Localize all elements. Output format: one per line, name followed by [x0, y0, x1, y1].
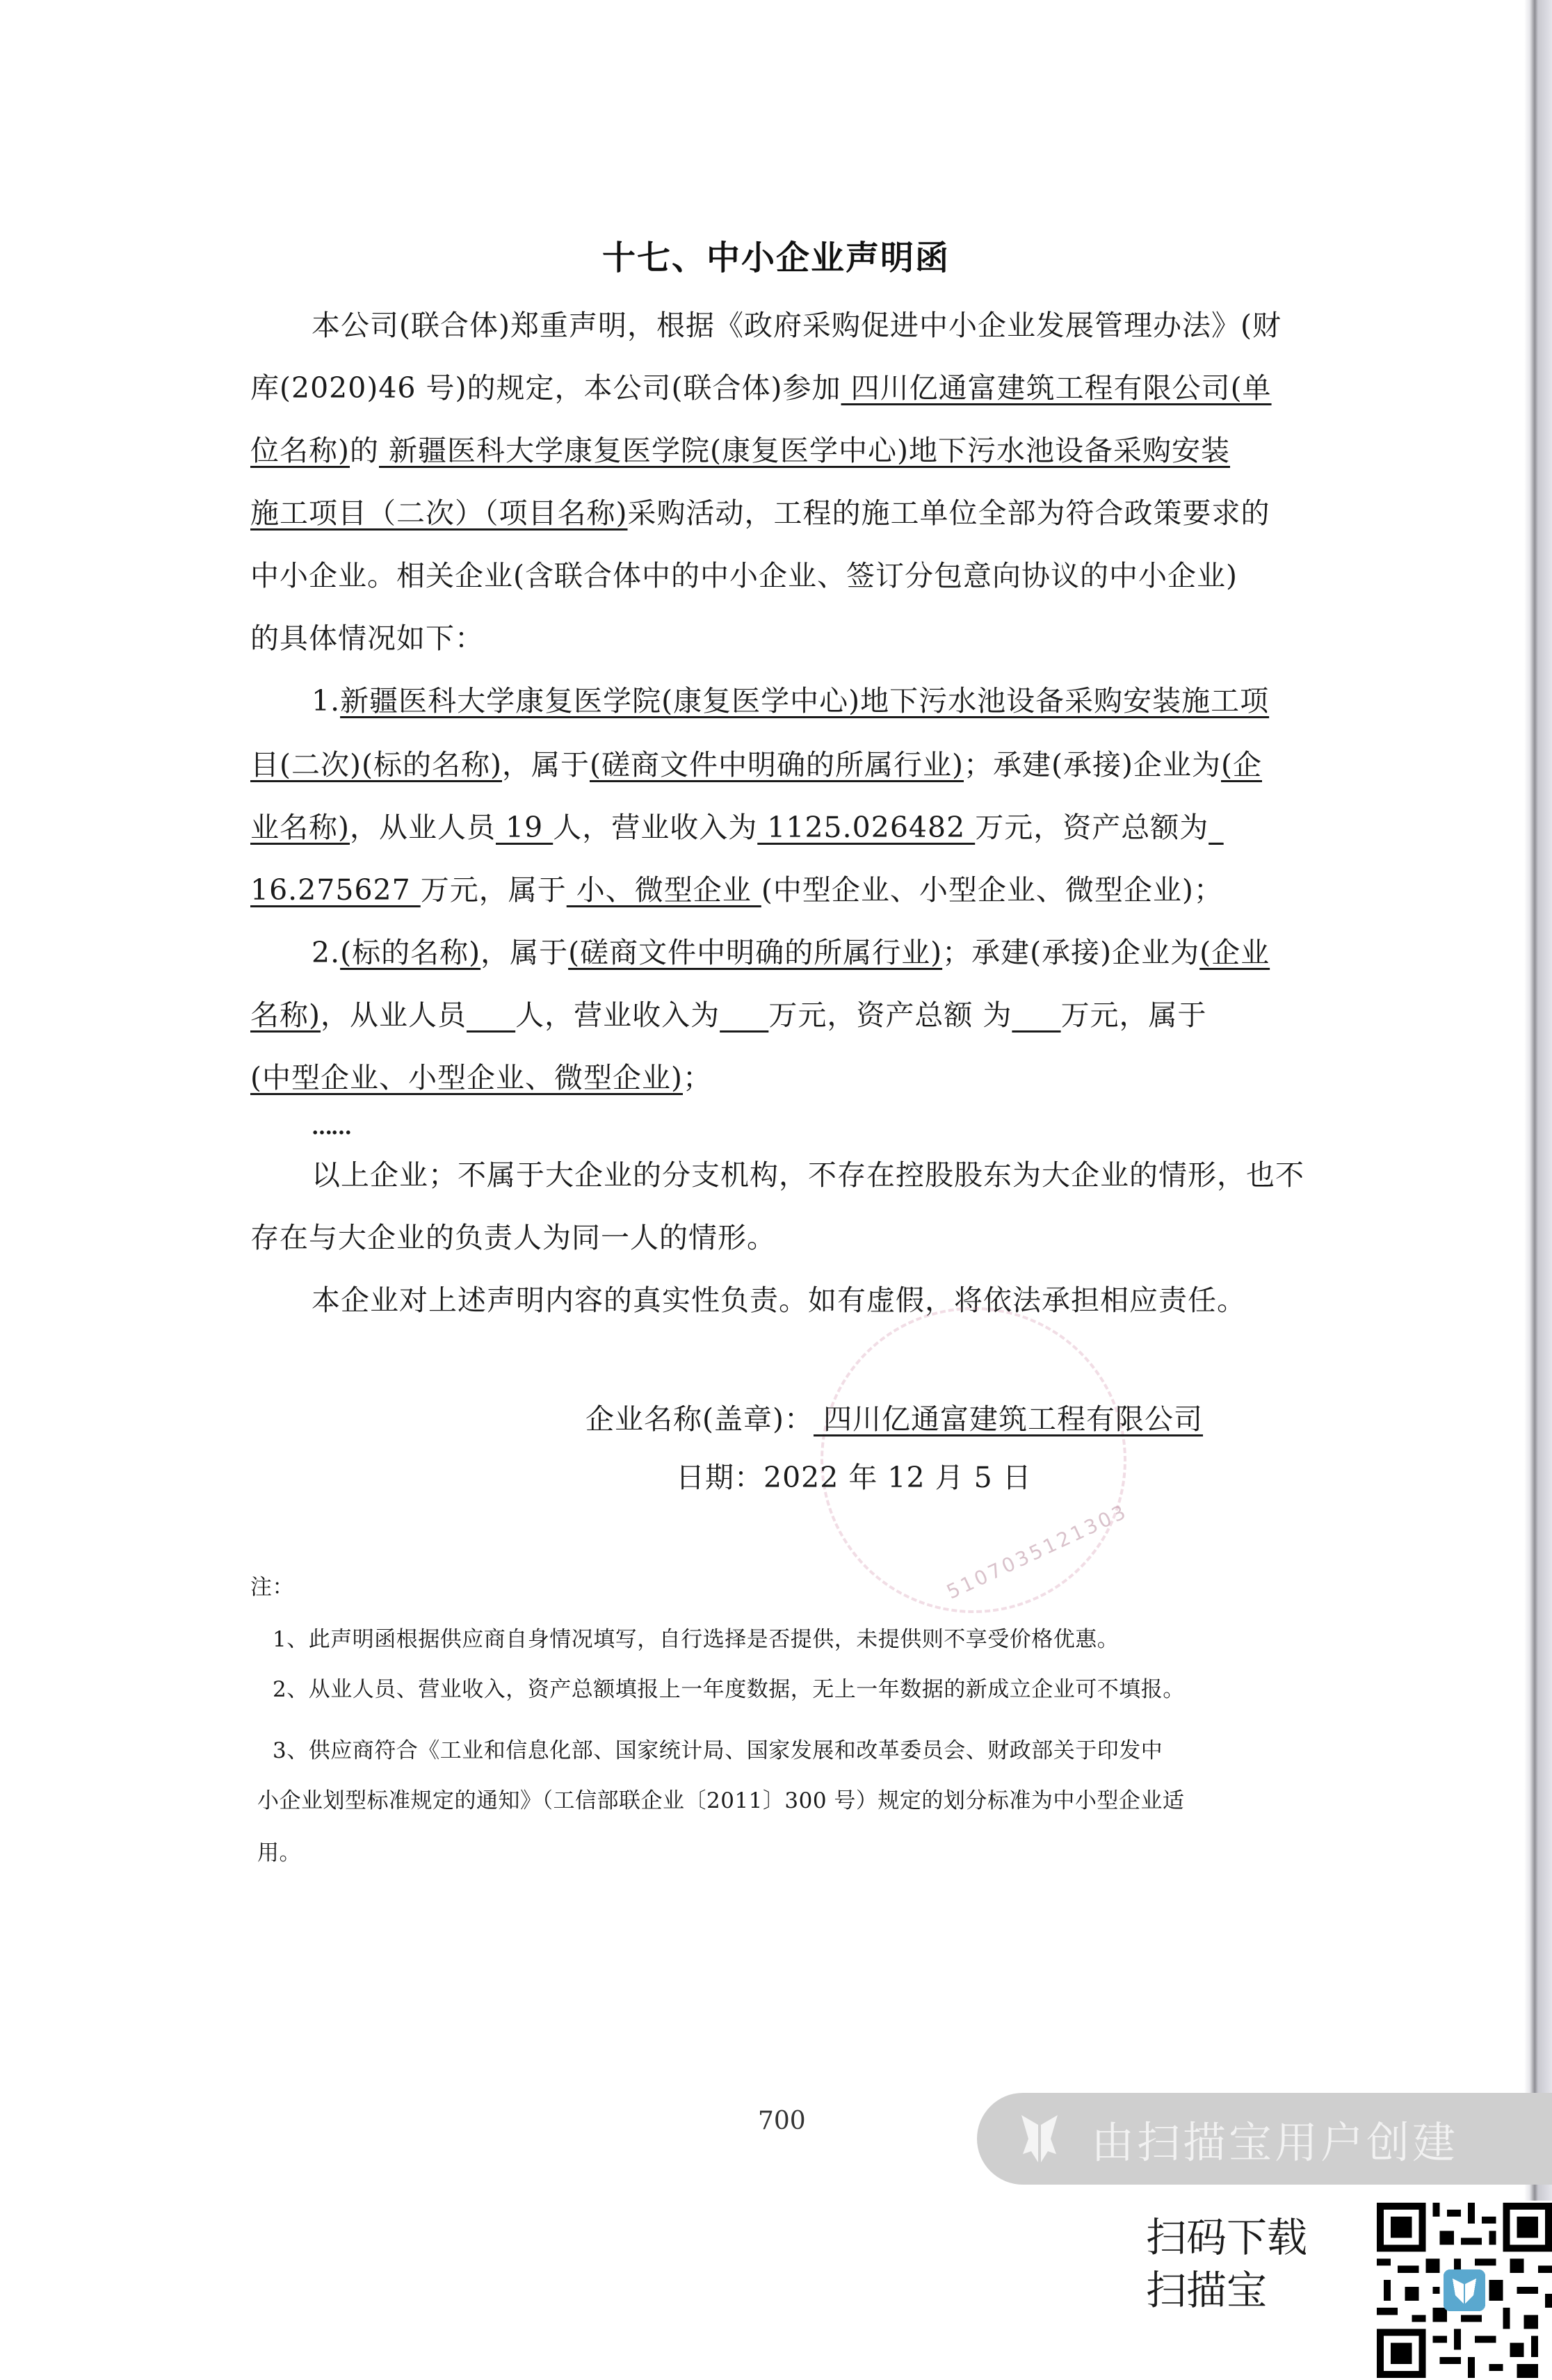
app-watermark-banner: 由扫描宝用户创建 — [977, 2093, 1552, 2185]
assets-field-start: _ — [1209, 811, 1224, 844]
notes-heading: 注： — [250, 1570, 1363, 1605]
text: 万元，资产总额 为 — [768, 998, 1012, 1032]
intro-line-6: 的具体情况如下： — [250, 617, 1335, 659]
text: 人，营业收入为 — [515, 998, 720, 1032]
text: ； — [683, 1061, 712, 1094]
text: ，属于 — [502, 748, 590, 782]
text: 存在与大企业的负责人为同一人的情形。 — [250, 1221, 776, 1254]
intro-line-4: 施工项目（二次）（项目名称)采购活动，工程的施工单位全部为符合政策要求的 — [250, 492, 1335, 534]
company-name-value: 四川亿通富建筑工程有限公司 — [814, 1402, 1203, 1436]
intro-line-1: 本公司(联合体)郑重声明，根据《政府采购促进中小企业发展管理办法》(财 — [250, 305, 1396, 346]
company-label: 企业名称(盖章)： — [585, 1402, 814, 1436]
date-line: 日期：2022 年 12 月 5 日 — [676, 1455, 1032, 1496]
text: 的具体情况如下： — [250, 622, 484, 655]
page-title: 十七、中小企业声明函 — [0, 231, 1552, 279]
page-number: 700 — [758, 2107, 806, 2135]
intro-line-2: 库(2020)46 号)的规定，本公司(联合体)参加 四川亿通富建筑工程有限公司… — [250, 367, 1335, 409]
note-3-line-3: 用。 — [257, 1836, 1370, 1870]
download-prompt: 扫码下载 扫描宝 — [1146, 2211, 1307, 2317]
item1-line-1: 1.新疆医科大学康复医学院(康复医学中心)地下污水池设备采购安装施工项 — [250, 680, 1396, 722]
project-name-field-cont: 施工项目（二次）（项目名称) — [250, 496, 628, 530]
item1-line-2: 目(二次)(标的名称)，属于(磋商文件中明确的所属行业)；承建(承接)企业为(企 — [250, 744, 1335, 786]
text: 本公司(联合体)郑重声明，根据《政府采购促进中小企业发展管理办法》(财 — [312, 309, 1282, 342]
text: 人，营业收入为 — [553, 811, 757, 844]
text: ，从业人员 — [321, 998, 467, 1032]
company-name-field: 四川亿通富建筑工程有限公司(单 — [841, 371, 1272, 405]
category-field: 小、微型企业 — [567, 873, 761, 907]
download-line-2: 扫描宝 — [1146, 2264, 1307, 2317]
item2-line-3: (中型企业、小型企业、微型企业)； — [250, 1057, 1335, 1099]
closing-line-1: 以上企业；不属于大企业的分支机构，不存在控股股东为大企业的情形，也不 — [250, 1154, 1396, 1196]
assets-blank — [1012, 998, 1060, 1032]
revenue-blank — [720, 998, 768, 1032]
subject-name-field: (标的名称) — [340, 936, 480, 969]
watermark-text: 由扫描宝用户创建 — [1091, 2108, 1458, 2170]
intro-line-5: 中小企业。相关企业(含联合体中的中小企业、签订分包意向协议的中小企业) — [250, 555, 1335, 597]
closing-line-3: 本企业对上述声明内容的真实性负责。如有虚假，将依法承担相应责任。 — [250, 1279, 1396, 1321]
note-3-line-1: 3、供应商符合《工业和信息化部、国家统计局、国家发展和改革委员会、财政部关于印发… — [273, 1733, 1385, 1768]
scan-page-edge — [1524, 0, 1552, 2380]
ellipsis: …… — [250, 1107, 1396, 1149]
text: 万元，资产总额为 — [975, 811, 1209, 844]
subject-name-field: 新疆医科大学康复医学院(康复医学中心)地下污水池设备采购安装施工项 — [340, 684, 1269, 718]
intro-line-3: 位名称)的 新疆医科大学康复医学院(康复医学中心)地下污水池设备采购安装 — [250, 430, 1335, 471]
note-2: 2、从业人员、营业收入，资产总额填报上一年度数据，无上一年数据的新成立企业可不填… — [273, 1672, 1385, 1707]
closing-line-2: 存在与大企业的负责人为同一人的情形。 — [250, 1217, 1335, 1258]
text: 以上企业；不属于大企业的分支机构，不存在控股股东为大企业的情形，也不 — [312, 1158, 1304, 1192]
text: 库(2020)46 号)的规定，本公司(联合体)参加 — [250, 371, 841, 405]
text: ，属于 — [480, 936, 568, 969]
text: 本企业对上述声明内容的真实性负责。如有虚假，将依法承担相应责任。 — [312, 1284, 1246, 1317]
employees-blank — [467, 998, 515, 1032]
enterprise-name-field: (企业 — [1199, 936, 1270, 969]
item2-line-2: 名称)，从业人员 人，营业收入为 万元，资产总额 为 万元，属于 — [250, 994, 1335, 1036]
text: 万元，属于 — [421, 873, 567, 907]
item-number: 2. — [312, 936, 340, 969]
item1-line-3: 业名称)，从业人员 19 人，营业收入为 1125.026482 万元，资产总额… — [250, 807, 1335, 848]
text: (中型企业、小型企业、微型企业)； — [761, 873, 1223, 907]
industry-field: (磋商文件中明确的所属行业) — [590, 748, 964, 782]
text: ；承建(承接)企业为 — [942, 936, 1199, 969]
enterprise-name-field-cont: 名称) — [250, 998, 321, 1032]
item2-line-1: 2.(标的名称)，属于(磋商文件中明确的所属行业)；承建(承接)企业为(企业 — [250, 932, 1396, 973]
signature-line: 企业名称(盖章)： 四川亿通富建筑工程有限公司 — [585, 1396, 1203, 1437]
category-field: (中型企业、小型企业、微型企业) — [250, 1061, 683, 1094]
enterprise-name-field-cont: 业名称) — [250, 811, 350, 844]
revenue-field: 1125.026482 — [757, 811, 975, 844]
text: ；承建(承接)企业为 — [964, 748, 1221, 782]
assets-field: 16.275627 — [250, 873, 421, 907]
date-value: 2022 年 12 月 5 日 — [763, 1461, 1032, 1494]
note-1: 1、此声明函根据供应商自身情况填写，自行选择是否提供，未提供则不享受价格优惠。 — [273, 1622, 1385, 1657]
text: 万元，属于 — [1061, 998, 1207, 1032]
note-3-line-2: 小企业划型标准规定的通知》（工信部联企业〔2011〕300 号）规定的划分标准为… — [257, 1783, 1370, 1818]
employees-field: 19 — [496, 811, 553, 844]
qr-code-icon[interactable] — [1377, 2201, 1552, 2380]
enterprise-name-field: (企 — [1221, 748, 1262, 782]
download-line-1: 扫码下载 — [1146, 2211, 1307, 2264]
item-number: 1. — [312, 684, 340, 718]
item1-line-4: 16.275627 万元，属于 小、微型企业 (中型企业、小型企业、微型企业)； — [250, 869, 1335, 911]
project-name-field: 新疆医科大学康复医学院(康复医学中心)地下污水池设备采购安装 — [379, 434, 1230, 467]
text: ，从业人员 — [350, 811, 496, 844]
date-label: 日期： — [676, 1461, 763, 1494]
butterfly-logo-icon — [1019, 2111, 1060, 2167]
unit-name-label: 位名称) — [250, 434, 350, 467]
text: 采购活动，工程的施工单位全部为符合政策要求的 — [628, 496, 1270, 530]
text: 中小企业。相关企业(含联合体中的中小企业、签订分包意向协议的中小企业) — [250, 559, 1238, 592]
subject-name-field-cont: 目(二次)(标的名称) — [250, 748, 502, 782]
text: 的 — [350, 434, 379, 467]
industry-field: (磋商文件中明确的所属行业) — [568, 936, 942, 969]
